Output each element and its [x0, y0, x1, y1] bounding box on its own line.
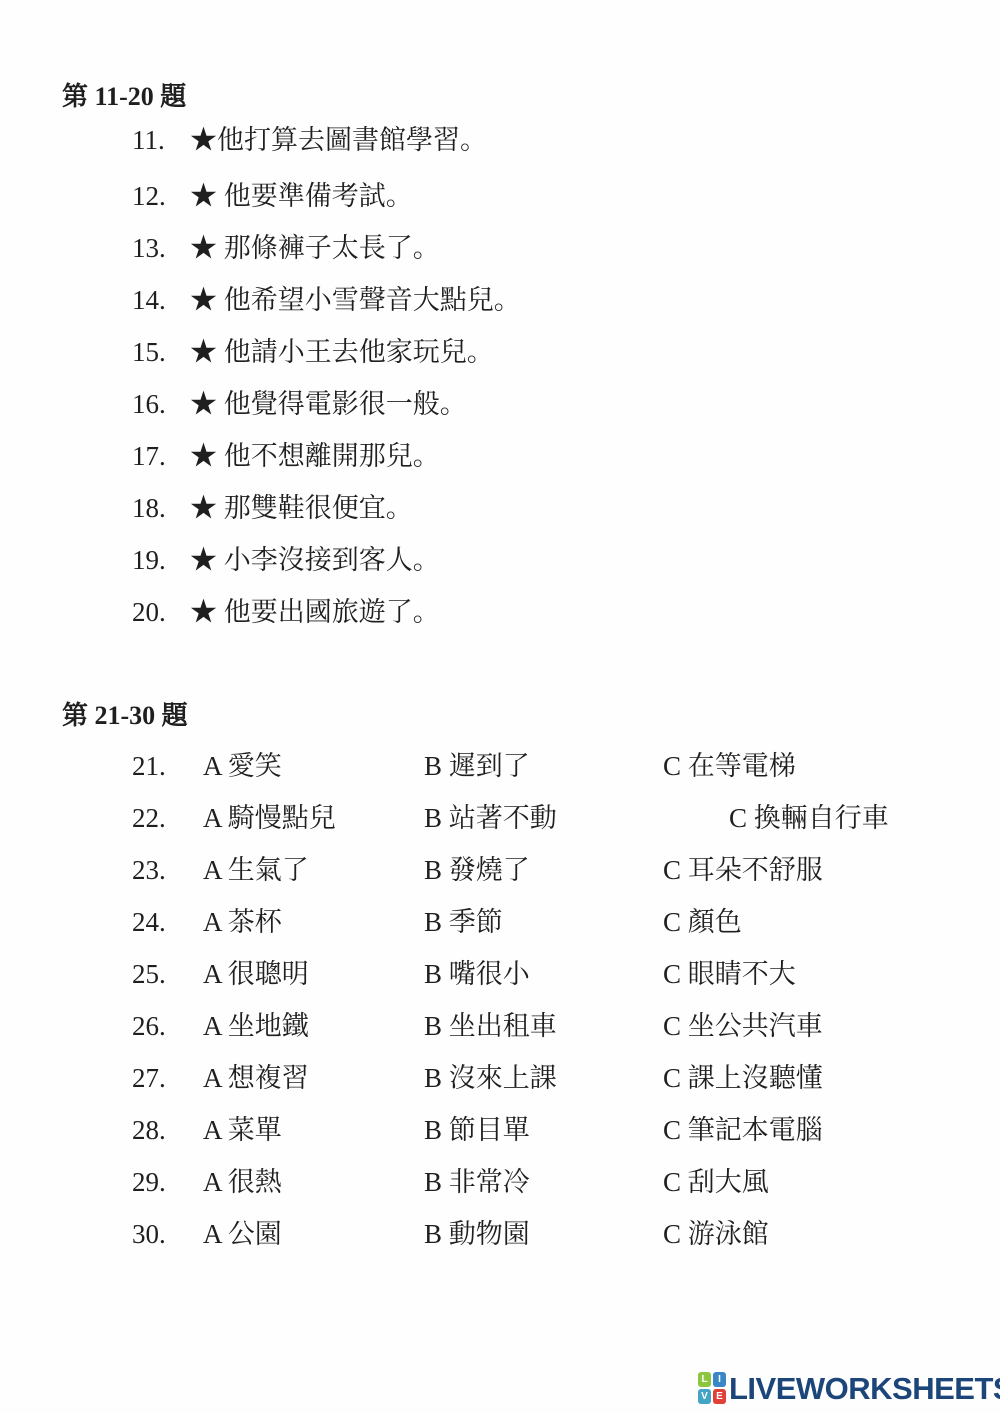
option-a: A 騎慢點兒 [203, 803, 336, 834]
option-b: B 站著不動 [424, 803, 557, 834]
option-c: C 顏色 [663, 907, 742, 938]
option-a: A 愛笑 [203, 751, 282, 782]
question-number: 20. [132, 597, 166, 628]
question-row: 23. A 生氣了 B 發燒了 C 耳朵不舒服 [0, 855, 1000, 891]
question-text: 那條褲子太長了。 [217, 233, 440, 263]
option-c: C 課上沒聽懂 [663, 1063, 823, 1094]
question-number: 28. [132, 1115, 166, 1146]
question-text: 他請小王去他家玩兒。 [217, 337, 494, 367]
option-a: A 坐地鐵 [203, 1011, 309, 1042]
option-a: A 很聰明 [203, 959, 309, 990]
worksheet-page: 第 11-20 題 11. ★他打算去圖書館學習。 12. ★ 他要準備考試。 … [0, 0, 1000, 1413]
question-item: 14. ★ 他希望小雪聲音大點兒。 [0, 285, 1000, 321]
option-b: B 坐出租車 [424, 1011, 557, 1042]
question-number: 14. [132, 285, 166, 316]
question-row: 27. A 想複習 B 沒來上課 C 課上沒聽懂 [0, 1063, 1000, 1099]
question-number: 17. [132, 441, 166, 472]
question-item: 17. ★ 他不想離開那兒。 [0, 441, 1000, 477]
logo-square-i: I [713, 1372, 726, 1387]
question-number: 25. [132, 959, 166, 990]
question-text: 他希望小雪聲音大點兒。 [217, 285, 521, 315]
option-a: A 菜單 [203, 1115, 282, 1146]
question-number: 27. [132, 1063, 166, 1094]
question-number: 16. [132, 389, 166, 420]
logo-wordmark: LIVEWORKSHEETS [729, 1373, 1000, 1404]
question-item: 11. ★他打算去圖書館學習。 [0, 125, 1000, 161]
option-c: C 游泳館 [663, 1219, 769, 1250]
question-row: 28. A 菜單 B 節目單 C 筆記本電腦 [0, 1115, 1000, 1151]
question-row: 30. A 公園 B 動物園 C 游泳館 [0, 1219, 1000, 1255]
star-icon: ★ [190, 285, 217, 315]
section1-title: 第 11-20 題 [62, 76, 186, 113]
question-item: 19. ★ 小李沒接到客人。 [0, 545, 1000, 581]
question-row: 22. A 騎慢點兒 B 站著不動 C 換輛自行車 [0, 803, 1000, 839]
question-text: 他不想離開那兒。 [217, 441, 440, 471]
liveworksheets-logo-icon: L I V E [698, 1372, 726, 1404]
star-icon: ★ [190, 597, 217, 627]
question-number: 18. [132, 493, 166, 524]
option-b: B 遲到了 [424, 751, 530, 782]
option-b: B 非常冷 [424, 1167, 530, 1198]
question-number: 23. [132, 855, 166, 886]
option-c: C 耳朵不舒服 [663, 855, 823, 886]
option-a: A 公園 [203, 1219, 282, 1250]
option-a: A 想複習 [203, 1063, 309, 1094]
question-number: 13. [132, 233, 166, 264]
option-b: B 季節 [424, 907, 503, 938]
option-c: C 坐公共汽車 [663, 1011, 823, 1042]
option-b: B 動物園 [424, 1219, 530, 1250]
liveworksheets-logo[interactable]: L I V E LIVEWORKSHEETS [698, 1372, 1000, 1404]
question-item: 13. ★ 那條褲子太長了。 [0, 233, 1000, 269]
question-row: 29. A 很熱 B 非常冷 C 刮大風 [0, 1167, 1000, 1203]
option-c: C 換輛自行車 [729, 803, 889, 834]
question-number: 29. [132, 1167, 166, 1198]
question-number: 15. [132, 337, 166, 368]
question-item: 15. ★ 他請小王去他家玩兒。 [0, 337, 1000, 373]
star-icon: ★ [190, 389, 217, 419]
question-number: 26. [132, 1011, 166, 1042]
question-number: 24. [132, 907, 166, 938]
question-text: 那雙鞋很便宜。 [217, 493, 413, 523]
question-number: 19. [132, 545, 166, 576]
star-icon: ★ [190, 441, 217, 471]
question-text: 他要準備考試。 [217, 181, 413, 211]
question-text: 小李沒接到客人。 [217, 545, 440, 575]
star-icon: ★ [190, 493, 217, 523]
star-icon: ★ [190, 337, 217, 367]
question-number: 22. [132, 803, 166, 834]
question-text: 他要出國旅遊了。 [217, 597, 440, 627]
logo-square-l: L [698, 1372, 711, 1387]
star-icon: ★ [190, 125, 217, 155]
option-c: C 筆記本電腦 [663, 1115, 823, 1146]
star-icon: ★ [190, 181, 217, 211]
question-item: 20. ★ 他要出國旅遊了。 [0, 597, 1000, 633]
section2-title: 第 21-30 題 [62, 695, 188, 732]
star-icon: ★ [190, 233, 217, 263]
option-b: B 發燒了 [424, 855, 530, 886]
question-row: 24. A 茶杯 B 季節 C 顏色 [0, 907, 1000, 943]
question-item: 12. ★ 他要準備考試。 [0, 181, 1000, 217]
question-number: 12. [132, 181, 166, 212]
question-number: 11. [132, 125, 165, 156]
logo-square-v: V [698, 1389, 711, 1404]
star-icon: ★ [190, 545, 217, 575]
option-a: A 很熱 [203, 1167, 282, 1198]
option-c: C 在等電梯 [663, 751, 796, 782]
option-c: C 眼睛不大 [663, 959, 796, 990]
option-a: A 茶杯 [203, 907, 282, 938]
option-b: B 嘴很小 [424, 959, 530, 990]
option-a: A 生氣了 [203, 855, 309, 886]
question-row: 21. A 愛笑 B 遲到了 C 在等電梯 [0, 751, 1000, 787]
question-text: 他打算去圖書館學習。 [217, 125, 487, 155]
question-item: 18. ★ 那雙鞋很便宜。 [0, 493, 1000, 529]
question-text: 他覺得電影很一般。 [217, 389, 467, 419]
question-row: 25. A 很聰明 B 嘴很小 C 眼睛不大 [0, 959, 1000, 995]
question-number: 21. [132, 751, 166, 782]
option-b: B 沒來上課 [424, 1063, 557, 1094]
option-b: B 節目單 [424, 1115, 530, 1146]
question-number: 30. [132, 1219, 166, 1250]
logo-square-e: E [713, 1389, 726, 1404]
option-c: C 刮大風 [663, 1167, 769, 1198]
question-item: 16. ★ 他覺得電影很一般。 [0, 389, 1000, 425]
question-row: 26. A 坐地鐵 B 坐出租車 C 坐公共汽車 [0, 1011, 1000, 1047]
